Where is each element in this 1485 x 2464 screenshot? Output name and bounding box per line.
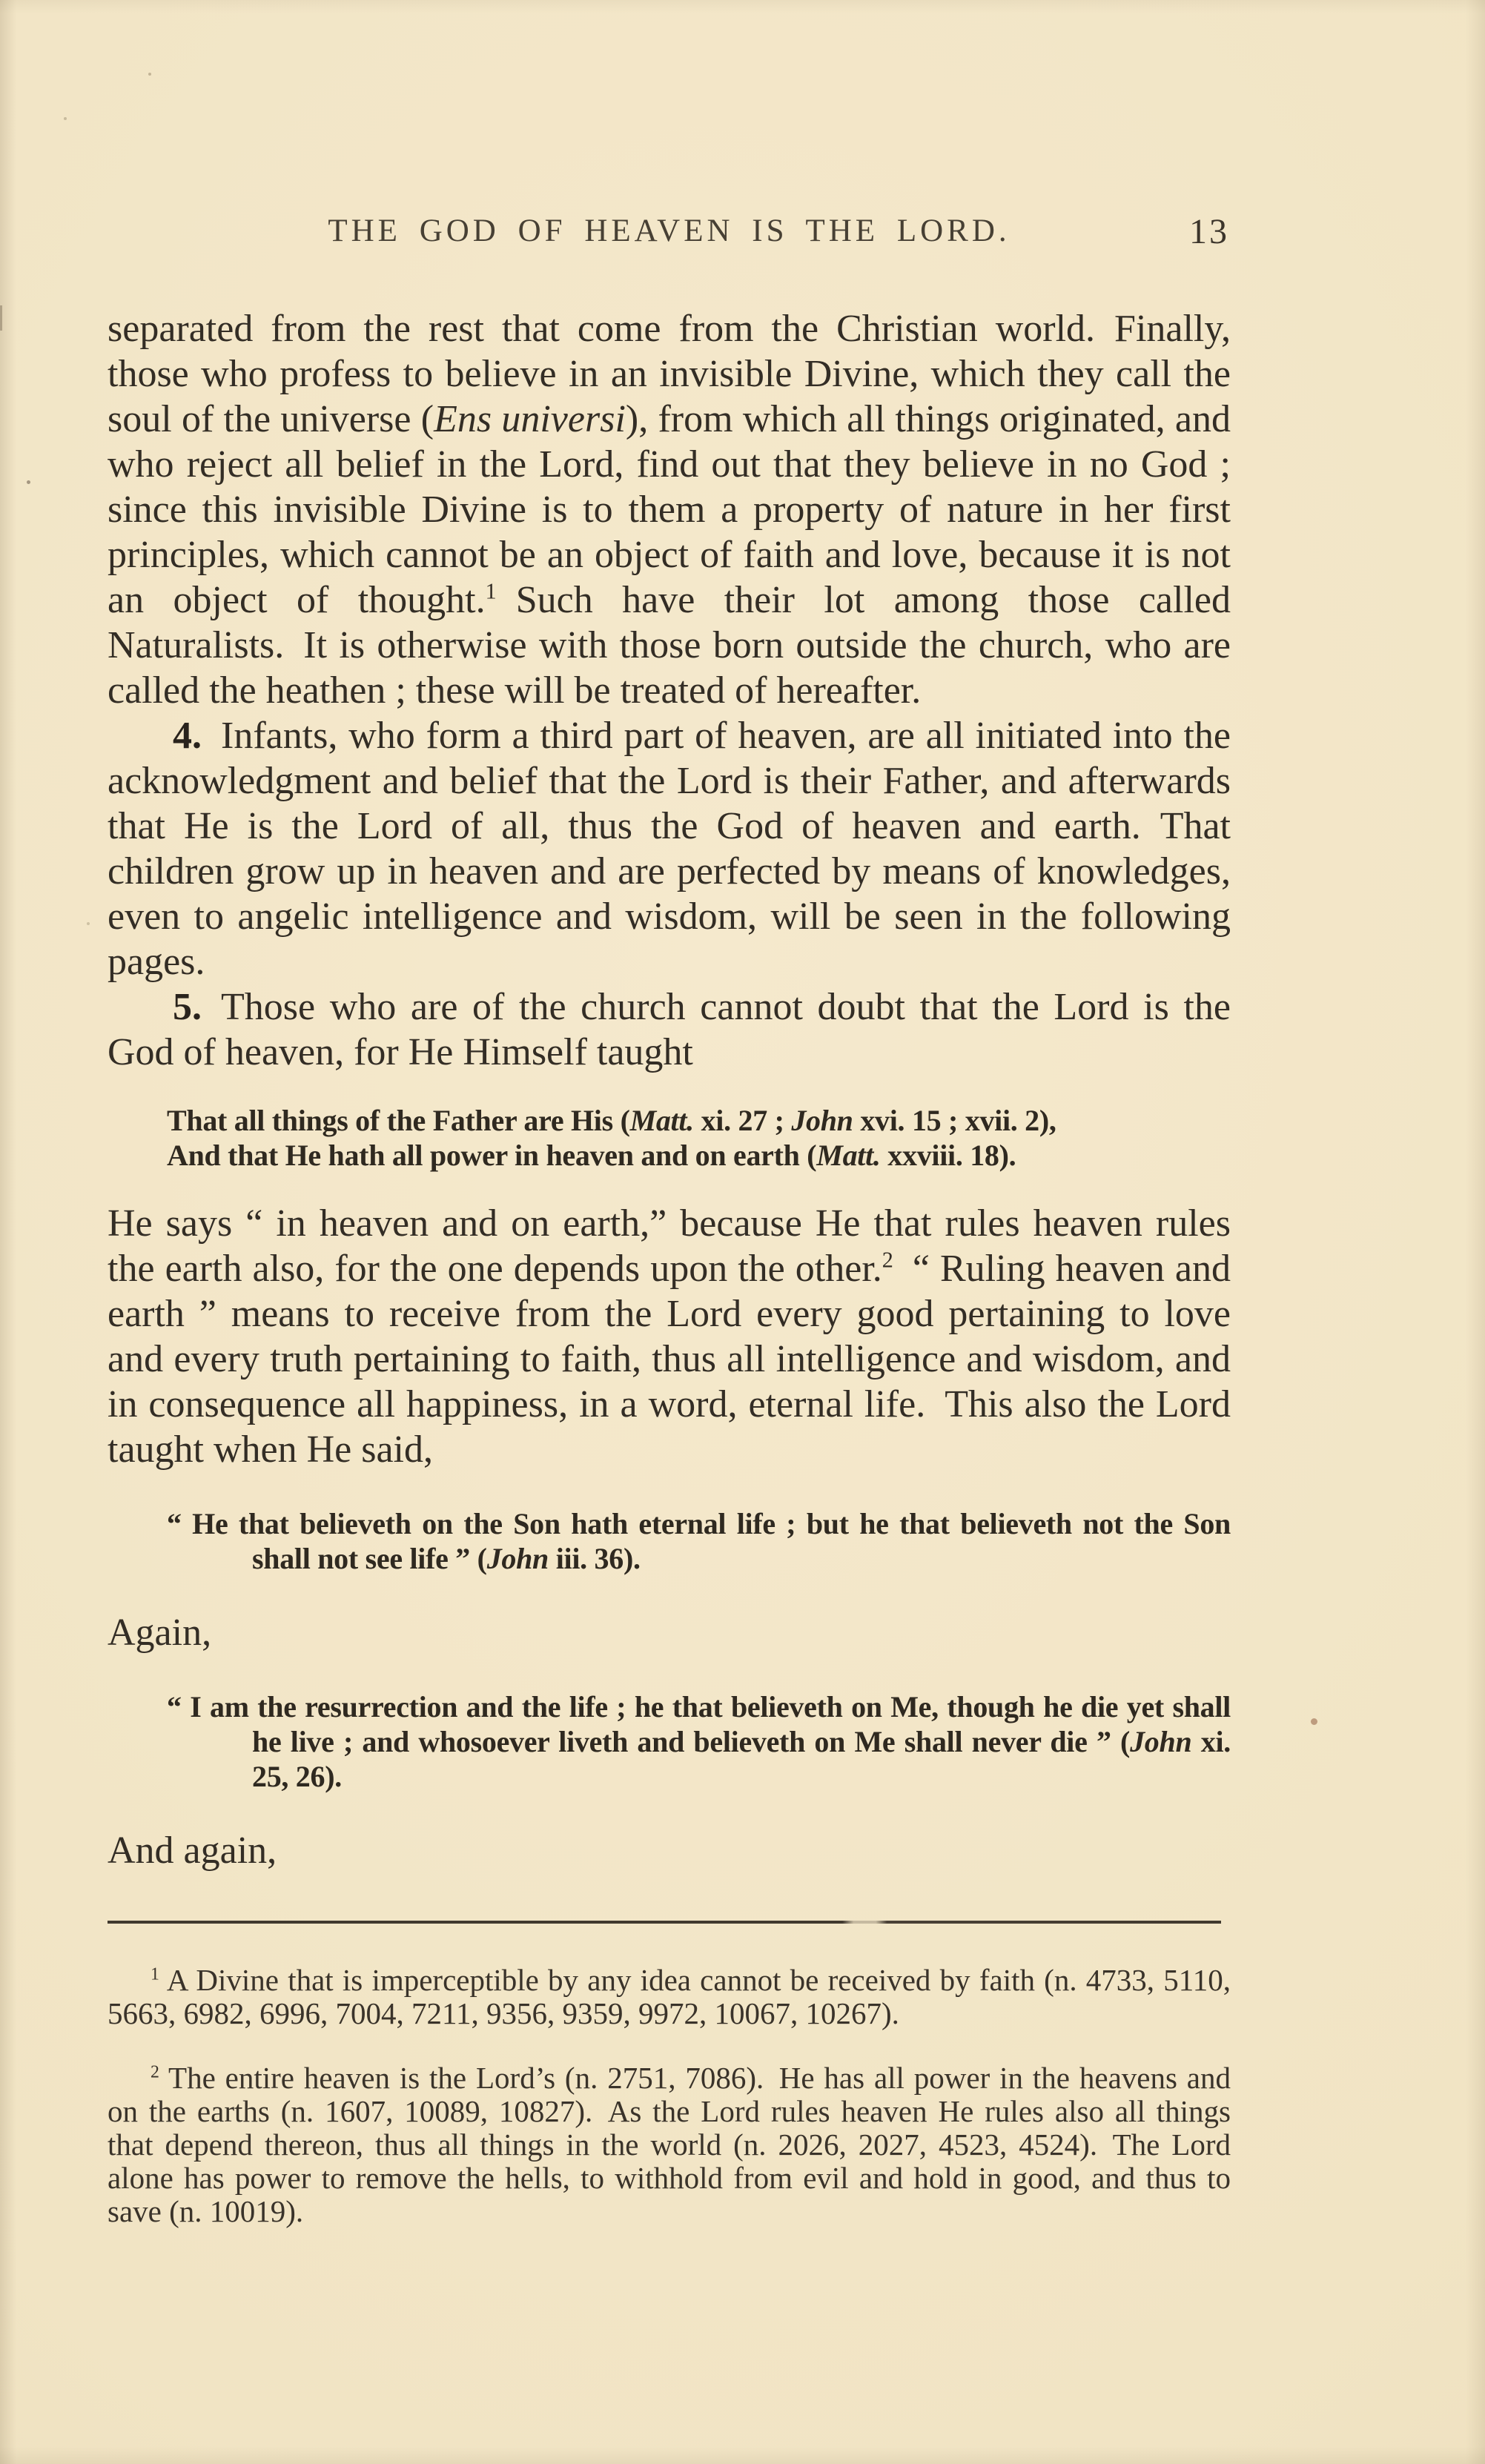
scripture-line-1: That all things of the Father are His (M… — [167, 1103, 1231, 1138]
quote-john-11-25: “ I am the resurrection and the life ; h… — [108, 1689, 1231, 1794]
ink-speck — [64, 117, 67, 120]
footnote-2: 2 The entire heaven is the Lord’s (n. 27… — [108, 2061, 1231, 2228]
ink-speck — [27, 480, 30, 484]
ink-speck — [87, 922, 90, 925]
page-number: 13 — [1189, 211, 1229, 252]
running-title: THE GOD OF HEAVEN IS THE LORD. — [108, 213, 1231, 249]
ink-speck — [1311, 1718, 1317, 1725]
paragraph-5: 5. Those who are of the church cannot do… — [108, 984, 1231, 1075]
paragraph-4: 4. Infants, who form a third part of hea… — [108, 713, 1231, 984]
paragraph-continuation: separated from the rest that come from t… — [108, 306, 1231, 713]
footnote-separator — [108, 1921, 1221, 1924]
again-label: Again, — [108, 1610, 1231, 1655]
footnote-1: 1 A Divine that is imperceptible by any … — [108, 1964, 1231, 2030]
footnotes: 1 A Divine that is imperceptible by any … — [108, 1964, 1231, 2228]
scripture-block: That all things of the Father are His (M… — [167, 1103, 1231, 1173]
scripture-line-2: And that He hath all power in heaven and… — [167, 1138, 1231, 1173]
page-edge-mark — [0, 305, 2, 331]
text-column: THE GOD OF HEAVEN IS THE LORD. 13 separa… — [108, 0, 1231, 2228]
and-again-label: And again, — [108, 1828, 1231, 1873]
quote-john-3-36: “ He that believeth on the Son hath eter… — [108, 1506, 1231, 1576]
running-header: THE GOD OF HEAVEN IS THE LORD. 13 — [108, 213, 1231, 259]
book-page: THE GOD OF HEAVEN IS THE LORD. 13 separa… — [0, 0, 1485, 2464]
paragraph-he-says: He says “ in heaven and on earth,” becau… — [108, 1201, 1231, 1472]
